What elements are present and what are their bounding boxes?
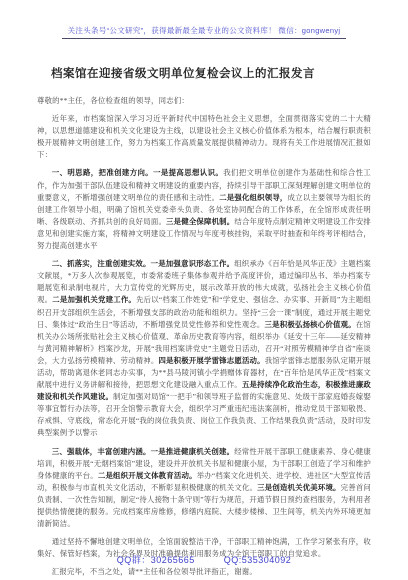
bold-text-run: 一、明思路，把准创建方向。一是提高思想认识。 bbox=[52, 168, 223, 177]
bold-text-run: 三是创造机关优美环境。 bbox=[257, 483, 341, 492]
bold-text-run: 二是组织开展文体教育活动。 bbox=[98, 471, 197, 480]
bold-text-run: 二是强化组织领导， bbox=[219, 193, 287, 202]
document-header: 关注头条号“公文研究”，获得最新最全最专业的公文资料库！ 微信：gongweny… bbox=[37, 20, 371, 39]
document-footer: QQ群：30265665 QQ:535304092 bbox=[0, 553, 408, 566]
text-run: 尊敬的**主任，各位检查组的领导，同志们： bbox=[37, 96, 189, 105]
document-paragraphs: 尊敬的**主任，各位检查组的领导，同志们：近年来，市档案馆深入学习习近平新时代中… bbox=[37, 95, 371, 578]
paragraph: 近年来，市档案馆深入学习习近平新时代中国特色社会主义思想，全面贯彻落实党的二十大… bbox=[37, 113, 371, 161]
paragraph: 三、强载体，丰富创建内涵。一是推进健康机关创建。经常性开展干部职工健康素养、身心… bbox=[37, 446, 371, 531]
paragraph: 一、明思路，把准创建方向。一是提高思想认识。我们把文明单位创建作为基础性和综合性… bbox=[37, 167, 371, 252]
document-title: 档案馆在迎接省级文明单位复检会议上的汇报发言 bbox=[51, 65, 371, 95]
qq-group-number: QQ群：30265665 bbox=[117, 555, 195, 565]
bold-text-run: 三是健全保障机制。 bbox=[166, 217, 234, 226]
bold-text-run: 二是加强机关党建工作。 bbox=[52, 295, 136, 304]
bold-text-run: 二、抓落实，注重创建实效。一是加强意识形态工作。 bbox=[52, 259, 234, 268]
bold-text-run: 四是积极开展学雷锋志愿活动。 bbox=[158, 356, 264, 365]
paragraph: 尊敬的**主任，各位检查组的领导，同志们： bbox=[37, 95, 371, 107]
paragraph: 二、抓落实，注重创建实效。一是加强意识形态工作。组织承办《百年恰是风华正茂》主题… bbox=[37, 258, 371, 439]
bold-text-run: 三是积极弘扬核心价值观。 bbox=[265, 320, 356, 329]
bold-text-run: 三、强载体，丰富创建内涵。一是推进健康机关创建。 bbox=[52, 447, 234, 456]
paragraph: 汇报完毕，不当之处，请**主任和各位领导批评指正，谢谢。 bbox=[37, 566, 371, 578]
text-run: 汇报完毕，不当之处，请**主任和各位领导批评指正，谢谢。 bbox=[52, 567, 257, 576]
header-promo-text: 关注头条号“公文研究”，获得最新最全最专业的公文资料库！ 微信：gongweny… bbox=[62, 25, 347, 39]
text-run: 近年来，市档案馆深入学习习近平新时代中国特色社会主义思想，全面贯彻落实党的二十大… bbox=[37, 114, 371, 159]
qq-number: QQ:535304092 bbox=[224, 555, 292, 565]
document-page: 关注头条号“公文研究”，获得最新最全最专业的公文资料库！ 微信：gongweny… bbox=[0, 0, 408, 580]
